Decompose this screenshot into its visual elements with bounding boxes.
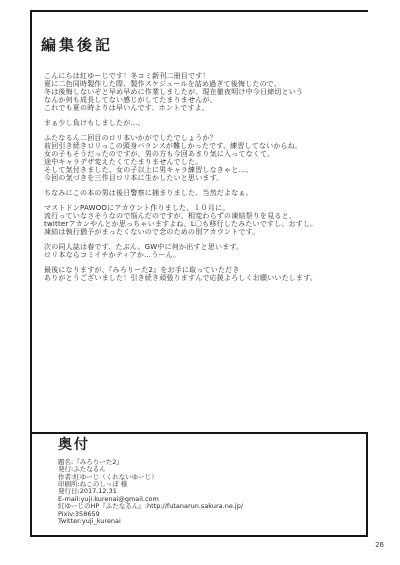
afterword-paragraph: ふたなるん二回目のロリ本いかがでしたでしょうか？ 前回引き続きロリっこの頭身バラ…	[44, 134, 368, 182]
afterword-paragraph: まぁ少し負けもしましたが…、	[44, 119, 368, 127]
afterword-line: マストドンPAWOOにアカウント作りました、１０月に。	[44, 204, 368, 212]
afterword-line: ちなみにこの本の男は後日警察に捕まりました、当然だよなぁ。	[44, 189, 368, 197]
afterword-body: こんにちは紅ゆーじです！冬コミ新刊二冊目です！ 夏に二色同時製作した際、製作スケ…	[44, 72, 368, 282]
scanned-doujin-page: 編集後記 こんにちは紅ゆーじです！冬コミ新刊二冊目です！ 夏に二色同時製作した際…	[0, 0, 400, 565]
afterword-line: ありがとうございました！引き続き頑張りますんで応援よろしくお願いいたします。	[44, 274, 368, 282]
afterword-line: 最後になりますが、『みろりーた2』をお手に取っていただき	[44, 266, 368, 274]
afterword-line: ロリ本ならコミイチかティアか…うーん。	[44, 251, 368, 259]
afterword-line: ふたなるん二回目のロリ本いかがでしたでしょうか？	[44, 134, 368, 142]
afterword-paragraph: 最後になりますが、『みろりーた2』をお手に取っていただき ありがとうございました…	[44, 266, 368, 282]
page-frame: 編集後記 こんにちは紅ゆーじです！冬コミ新刊二冊目です！ 夏に二色同時製作した際…	[30, 10, 368, 432]
afterword-line: こんにちは紅ゆーじです！冬コミ新刊二冊目です！	[44, 72, 368, 80]
afterword-line: 前回引き続きロリっこの頭身バランスが難しかったです、練習してないからね。	[44, 142, 368, 150]
afterword-line: 凍結は執行猶予がまったくないので念のための別アカウントです。	[44, 228, 368, 236]
afterword-title: 編集後記	[41, 38, 368, 53]
afterword-line: なんか何も成長してない感じがしてたまりませんが、	[44, 96, 368, 104]
afterword-line: 流行っていなさそうなので悩んだのですが、相変わらずの凍結祭りを見ると、	[44, 212, 368, 220]
colophon-line-homepage: 紅ゆーじのHP『ふたなるん』:http://futanarun.sakura.n…	[58, 503, 366, 510]
afterword-line: 途中キャラデザ変えたくてたまりませんでした。	[44, 158, 368, 166]
page-number: 26	[375, 541, 384, 549]
afterword-line: 夏に二色同時製作した際、製作スケジュールを詰め過ぎて後悔したので、	[44, 80, 368, 88]
colophon-box: 奥付 題名:『みろりーた2』 発行:ふたなるん 作者:紅ゆーじ（くれないゆーじ）…	[30, 432, 368, 537]
afterword-line: twitterアカンやんとか思っちゃいますよね、L〇も移行したみたいですし、おす…	[44, 220, 368, 228]
afterword-paragraph: こんにちは紅ゆーじです！冬コミ新刊二冊目です！ 夏に二色同時製作した際、製作スケ…	[44, 72, 368, 112]
colophon-line-twitter: Twitter:yuji_kurenai	[58, 518, 366, 525]
afterword-paragraph: 次の同人誌は春です、たぶん。GW中に何か出すと思います。 ロリ本ならコミイチかテ…	[44, 243, 368, 259]
colophon-title: 奥付	[58, 437, 366, 454]
afterword-line: まぁ少し負けもしましたが…、	[44, 119, 368, 127]
afterword-line: そして気付きました、女の子以上に男キャラ練習しなきゃと…、	[44, 166, 368, 174]
afterword-line: 女の子もそうだったのですが、男の方も今回あまり気に入ってなくて、	[44, 150, 368, 158]
afterword-line: 冬は後悔しないぞと早め早めに作業しましたが、現在徹夜明け中今日締切という	[44, 88, 368, 96]
afterword-paragraph: ちなみにこの本の男は後日警察に捕まりました、当然だよなぁ。	[44, 189, 368, 197]
afterword-paragraph: マストドンPAWOOにアカウント作りました、１０月に。 流行っていなさそうなので…	[44, 204, 368, 236]
colophon-details: 題名:『みろりーた2』 発行:ふたなるん 作者:紅ゆーじ（くれないゆーじ） 印刷…	[58, 459, 366, 526]
afterword-line: 次の同人誌は春です、たぶん。GW中に何か出すと思います。	[44, 243, 368, 251]
afterword-line: これでも夏の時よりは早いんです、ホントですよ。	[44, 104, 368, 112]
afterword-line: 今回の気づきを三作目ロリ本に生かしたいと思います。	[44, 174, 368, 182]
